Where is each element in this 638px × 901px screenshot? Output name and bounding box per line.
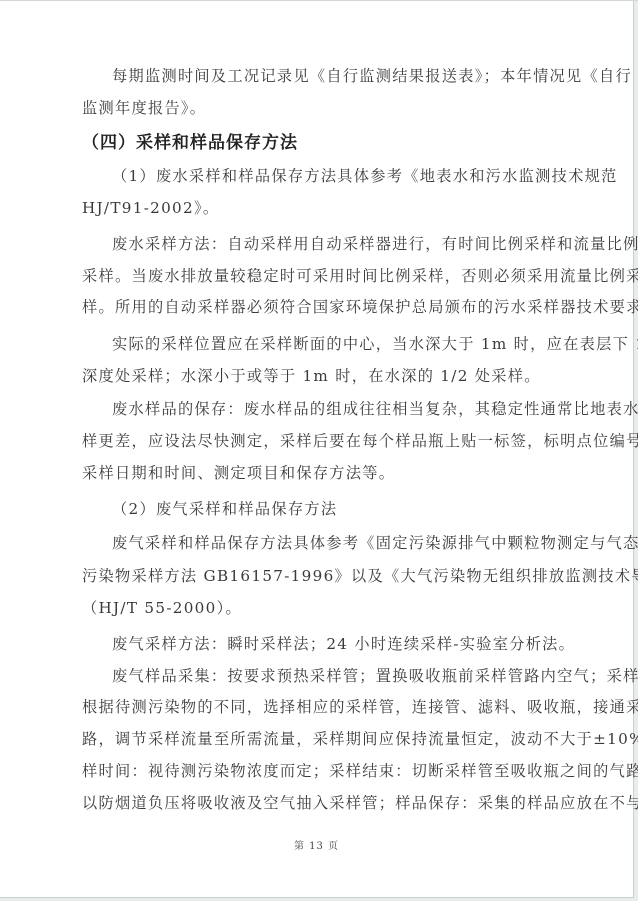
section-heading: （四）采样和样品保存方法 [82,132,298,154]
paragraph-line: 采样。当废水排放量较稳定时可采用时间比例采样，否则必须采用流量比例采 [82,266,594,286]
paragraph-line: 根据待测污染物的不同，选择相应的采样管，连接管、滤料、吸收瓶，接通采样管 [82,697,594,717]
paragraph-line: 废气采样方法：瞬时采样法；24 小时连续采样-实验室分析法。 [112,634,594,654]
paragraph-line: 采样日期和时间、测定项目和保存方法等。 [82,463,594,483]
paragraph-line: 废水样品的保存：废水样品的组成往往相当复杂，其稳定性通常比地表水 [112,399,594,419]
paragraph-line: 废气采样和样品保存方法具体参考《固定污染源排气中颗粒物测定与气态 [112,533,594,553]
paragraph-line: 路，调节采样流量至所需流量，采样期间应保持流量恒定，波动不大于±10%。采 [82,729,594,749]
paragraph-line: 废气样品采集：按要求预热采样管；置换吸收瓶前采样管路内空气；采样 [112,666,594,686]
paragraph-line: 污染物采样方法 GB16157-1996》以及《大气污染物无组织排放监测技术导则… [82,566,594,586]
paragraph-line: HJ/T91-2002》。 [82,198,594,218]
paragraph-line: （HJ/T 55-2000）。 [82,598,594,618]
subsection-heading: （2）废气采样和样品保存方法 [112,499,594,519]
paragraph-line: 废水采样方法：自动采样用自动采样器进行，有时间比例采样和流量比例 [112,234,594,254]
paragraph-line: 每期监测时间及工况记录见《自行监测结果报送表》；本年情况见《自行 [112,66,594,86]
paragraph-line: 样时间：视待测污染物浓度而定；采样结束：切断采样管至吸收瓶之间的气路， [82,761,594,781]
page-number: 第 13 页 [0,837,633,852]
document-page: 每期监测时间及工况记录见《自行监测结果报送表》；本年情况见《自行 监测年度报告》… [0,1,634,898]
paragraph-line: 实际的采样位置应在采样断面的中心，当水深大于 1m 时，应在表层下 1/4 [112,334,594,354]
paragraph-line: 样。所用的自动采样器必须符合国家环境保护总局颁布的污水采样器技术要求。 [82,297,594,317]
paragraph-line: 深度处采样；水深小于或等于 1m 时，在水深的 1/2 处采样。 [82,366,594,386]
paragraph-line: （1）废水采样和样品保存方法具体参考《地表水和污水监测技术规范 [112,166,594,186]
paragraph-line: 以防烟道负压将吸收液及空气抽入采样管；样品保存：采集的样品应放在不与 [82,793,594,813]
paragraph-line: 监测年度报告》。 [82,98,594,118]
paragraph-line: 样更差，应设法尽快测定，采样后要在每个样品瓶上贴一标签，标明点位编号、 [82,431,594,451]
